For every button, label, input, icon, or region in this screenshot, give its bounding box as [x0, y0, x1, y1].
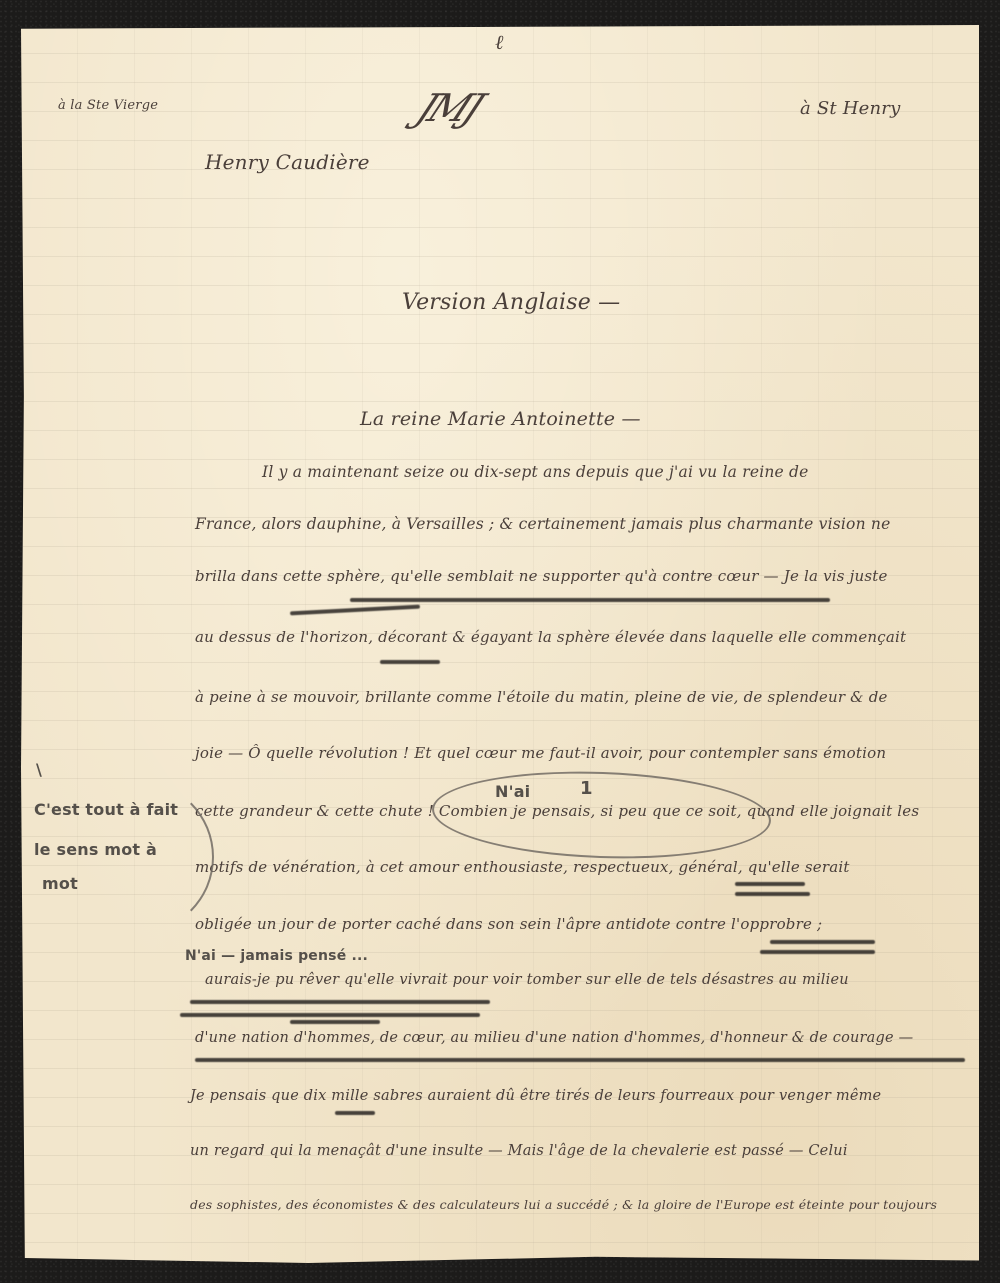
- dedication-left: à la Ste Vierge: [58, 98, 158, 113]
- circled-insert: N'ai: [495, 782, 530, 801]
- body-line-13: un regard qui la menaçât d'une insulte —…: [190, 1143, 848, 1159]
- margin-tick: \: [36, 760, 42, 779]
- body-line-14: des sophistes, des économistes & des cal…: [190, 1197, 937, 1212]
- body-line-2: France, alors dauphine, à Versailles ; &…: [195, 515, 890, 533]
- pencil-underline: [770, 940, 875, 944]
- pencil-underline: [735, 882, 805, 886]
- subject-title: La reine Marie Antoinette —: [360, 408, 641, 430]
- body-line-4: au dessus de l'horizon, décorant & égaya…: [195, 628, 906, 646]
- margin-note-line-3: mot: [42, 874, 78, 893]
- pencil-underline: [735, 892, 810, 896]
- top-mark: ℓ: [495, 30, 504, 55]
- pencil-underline: [290, 1020, 380, 1024]
- pencil-underline: [335, 1111, 375, 1115]
- pencil-underline: [190, 1000, 490, 1004]
- margin-note-line-1: C'est tout à fait: [34, 800, 178, 819]
- circled-number: 1: [580, 778, 593, 799]
- body-line-3: brilla dans cette sphère, qu'elle sembla…: [195, 567, 888, 585]
- margin-note-line-2: le sens mot à: [34, 840, 157, 859]
- body-line-11: d'une nation d'hommes, de cœur, au milie…: [195, 1030, 913, 1046]
- body-line-1: Il y a maintenant seize ou dix-sept ans …: [262, 463, 809, 481]
- pencil-underline: [180, 1013, 480, 1017]
- body-line-10: aurais-je pu rêver qu'elle vivrait pour …: [205, 972, 849, 988]
- pencil-underline: [195, 1058, 965, 1062]
- body-line-12: Je pensais que dix mille sabres auraient…: [190, 1088, 881, 1104]
- body-line-8: motifs de vénération, à cet amour enthou…: [195, 858, 850, 876]
- author-name: Henry Caudière: [205, 150, 370, 174]
- body-line-9: obligée un jour de porter caché dans son…: [195, 915, 822, 933]
- pencil-underline: [350, 598, 830, 602]
- pencil-underline: [380, 660, 440, 664]
- pencil-underline: [760, 950, 875, 954]
- body-line-5: à peine à se mouvoir, brillante comme l'…: [195, 688, 888, 706]
- dedication-right: à St Henry: [800, 98, 900, 119]
- section-title: Version Anglaise —: [402, 290, 620, 315]
- interlinear-insert: N'ai — jamais pensé ...: [185, 948, 368, 964]
- body-line-6: joie — Ô quelle révolution ! Et quel cœu…: [195, 744, 886, 762]
